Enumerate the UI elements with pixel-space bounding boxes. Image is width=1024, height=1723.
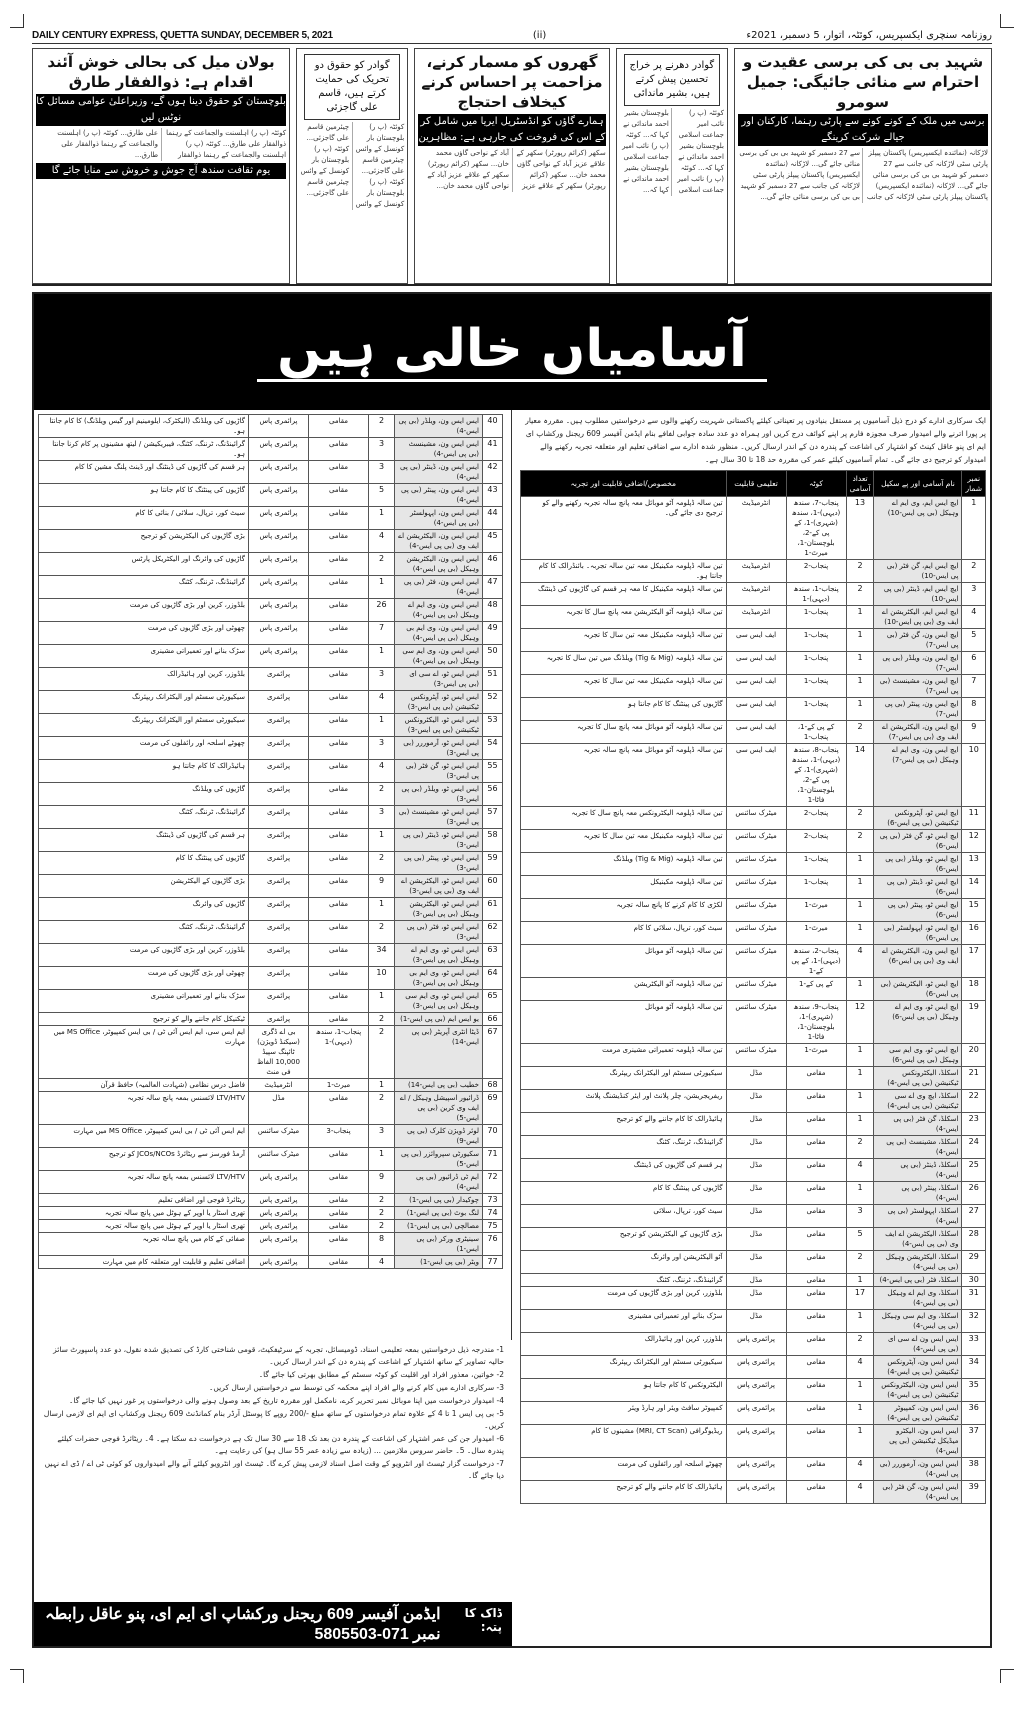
- table-row: 55ایس ایس ٹو، گن فٹر (بی پی ایس-3)4مقامی…: [39, 760, 503, 783]
- table-row: 64ایس ایس ٹو، وی ایم بی وہیکل (بی پی ایس…: [39, 967, 503, 990]
- table-row: 61ایس ایس ٹو، الیکٹریشن وہیکل (بی پی ایس…: [39, 898, 503, 921]
- cell-quota: مقامی: [309, 1148, 369, 1171]
- cell-exp: الیکٹرونکس کا کام جانتا ہو: [521, 1379, 727, 1402]
- cell-edu: میٹرک سائنس: [249, 1148, 309, 1171]
- cell-post: ایس ایس ٹو، فٹر (بی پی ایس-3): [395, 921, 483, 944]
- table-row: 62ایس ایس ٹو، فٹر (بی پی ایس-3)2مقامیپرا…: [39, 921, 503, 944]
- table-row: 30اسکلڈ، فٹر (بی پی ایس-4)1مقامیمڈلگرائی…: [521, 1274, 986, 1287]
- cell-exp: سڑک بنانے اور تعمیراتی مشینری: [521, 1310, 727, 1333]
- cell-post: ایس ایس ٹو، الیکٹریشن اے ایف وی (بی پی ا…: [395, 875, 483, 898]
- cell-quota: مقامی: [309, 1256, 369, 1269]
- cell-edu: پرائمری پاس: [249, 461, 309, 484]
- cell-quota: مقامی: [786, 1274, 846, 1287]
- cell-cnt: 1: [369, 829, 395, 852]
- masthead-date-ur: روزنامہ سنچری ایکسپریس، کوئٹہ، اتوار، 5 …: [746, 30, 992, 43]
- cell-post: ایس ایس ون، آپٹرونکس ٹیکنیشن (بی پی ایس-…: [874, 1356, 962, 1379]
- table-row: 68خطیب (بی پی ایس-14)1میرٹ-1انٹرمیڈیٹفاض…: [39, 1079, 503, 1092]
- cell-edu: پرائمری پاس: [249, 484, 309, 507]
- cell-exp: گرائینڈنگ، ٹرننگ، کٹنگ: [521, 1136, 727, 1159]
- cell-no: 19: [962, 1001, 986, 1044]
- table-row: 76سینیٹری ورکر (بی پی ایس-1)8مقامیپرائمر…: [39, 1233, 503, 1256]
- cell-cnt: 5: [846, 1228, 874, 1251]
- table-row: 29اسکلڈ، الیکٹریشن وہیکل (بی پی ایس-4)2م…: [521, 1251, 986, 1274]
- cell-cnt: 2: [369, 1194, 395, 1207]
- cell-post: اسکلڈ، ایچ وی اے سی ٹیکنیشن (بی پی ایس-4…: [874, 1090, 962, 1113]
- table-row: 41ایس ایس ون، مشینسٹ (بی پی ایس-4)3مقامی…: [39, 438, 503, 461]
- table-row: 77ویٹر (بی پی ایس-1)4مقامیپرائمری پاساضا…: [39, 1256, 503, 1269]
- news-story: بولان میل کی بحالی خوش آئند اقدام ہے: ذو…: [32, 48, 290, 284]
- cell-cnt: 26: [369, 599, 395, 622]
- cell-exp: بڑی گاڑیوں کے الیکٹریشن: [39, 875, 249, 898]
- cell-post: ایس ایس ٹو، پینٹر (بی پی ایس-3): [395, 852, 483, 875]
- cell-exp: تین سالہ ڈپلومہ آٹو الیکٹریشن: [521, 978, 727, 1001]
- cell-no: 24: [962, 1136, 986, 1159]
- cell-post: ایس ایس ٹو، آرموررر (بی پی ایس-3): [395, 737, 483, 760]
- table-row: 34ایس ایس ون، آپٹرونکس ٹیکنیشن (بی پی ای…: [521, 1356, 986, 1379]
- cell-exp: تھری اسٹار یا اوپر کے ہوٹل میں پانچ سالہ…: [39, 1207, 249, 1220]
- cell-post: ایس ایس ٹو، اے سی ای (بی پی ایس-3): [395, 668, 483, 691]
- table-row: 39ایس ایس ون، گن فٹر (بی پی ایس-4)4مقامی…: [521, 1481, 986, 1504]
- table-row: 66یو ایس ایم (بی پی ایس-1)2مقامیپرائمریٹ…: [39, 1013, 503, 1026]
- cell-post: ایچ ایس ٹو، ڈینٹر (بی پی ایس-6): [874, 876, 962, 899]
- cell-exp: تین سالہ ڈپلومہ آٹو موبائل معہ پانچ سالہ…: [521, 744, 727, 807]
- cell-no: 33: [962, 1333, 986, 1356]
- cell-cnt: 2: [369, 921, 395, 944]
- cell-cnt: 4: [846, 1356, 874, 1379]
- cell-post: ایچ ایس ون، مشینسٹ (بی پی ایس-7): [874, 675, 962, 698]
- cell-no: 74: [483, 1207, 503, 1220]
- cell-post: ایچ ایس ایم، وی ایم اے وہیکل (بی پی ایس-…: [874, 497, 962, 560]
- story-subheadline: بلوچستان کو حقوق دینا ہوں گے، وزیراعلیٰ …: [36, 94, 286, 126]
- cell-exp: سیٹ کور، ترپال، سلائی کا کام: [521, 922, 727, 945]
- story-body: کوئٹہ (پ ر) اہلسنت والجماعت کے رہنما ذوا…: [36, 128, 286, 161]
- cell-cnt: 1: [846, 1067, 874, 1090]
- cell-post: ایس ایس ٹو، ویلڈر (بی پی ایس-3): [395, 783, 483, 806]
- cell-cnt: 3: [369, 438, 395, 461]
- cell-edu: پرائمری پاس: [726, 1425, 786, 1458]
- story-body-text: کوئٹہ (پ ر) نائب امیر جماعت اسلامی بلوچس…: [678, 109, 724, 172]
- cell-exp: ہر قسم کی گاڑیوں کی ڈینٹنگ: [39, 829, 249, 852]
- cell-post: ایچ ایس ٹو، پینٹر (بی پی ایس-6): [874, 899, 962, 922]
- crop-mark: [10, 14, 24, 28]
- cell-post: ایس ایس ون، ویلڈر (بی پی ایس-4): [395, 415, 483, 438]
- cell-post: ڈرائیور اسپیشل وہیکل / اے ایف وی کرین (ب…: [395, 1092, 483, 1125]
- cell-cnt: 1: [846, 606, 874, 629]
- cell-edu: میٹرک سائنس: [726, 830, 786, 853]
- cell-quota: مقامی: [309, 875, 369, 898]
- cell-quota: مقامی: [309, 576, 369, 599]
- cell-post: اسکلڈ، مشینسٹ (بی پی ایس-4): [874, 1136, 962, 1159]
- cell-quota: مقامی: [309, 783, 369, 806]
- note-item: 6- امیدوار جن کی عمر اشتہار کی اشاعت کے …: [42, 1433, 504, 1457]
- cell-post: سینیٹری ورکر (بی پی ایس-1): [395, 1233, 483, 1256]
- cell-no: 9: [962, 721, 986, 744]
- cell-no: 64: [483, 967, 503, 990]
- cell-exp: چھوٹی اور بڑی گاڑیوں کی مرمت: [39, 967, 249, 990]
- story-headline: بولان میل کی بحالی خوش آئند اقدام ہے: ذو…: [36, 52, 286, 92]
- cell-edu: ایف ایس سی: [726, 675, 786, 698]
- cell-cnt: 12: [846, 1001, 874, 1044]
- cell-edu: مڈل: [249, 1092, 309, 1125]
- cell-exp: سڑک بنانے اور تعمیراتی مشینری: [39, 990, 249, 1013]
- cell-edu: پرائمری: [249, 875, 309, 898]
- cell-no: 14: [962, 876, 986, 899]
- cell-exp: سیکیورٹی سسٹم اور الیکٹرانک ریپئرنگ: [521, 1356, 727, 1379]
- cell-exp: آرمڈ فورسز سے ریٹائرڈ JCOs/NCOs کو ترجیح: [39, 1148, 249, 1171]
- cell-post: ایچ ایس ٹو، اپہولسٹر (بی پی ایس-6): [874, 922, 962, 945]
- cell-edu: پرائمری پاس: [726, 1481, 786, 1504]
- cell-exp: چھوٹے اسلحہ اور رائفلوں کی مرمت: [521, 1458, 727, 1481]
- cell-exp: گرائینڈنگ، ٹرننگ، کٹنگ: [521, 1274, 727, 1287]
- note-item: 5- بی پی ایس 1 تا 4 کے علاوہ تمام درخواس…: [42, 1408, 504, 1432]
- cell-no: 48: [483, 599, 503, 622]
- cell-quota: پنجاب-1: [786, 606, 846, 629]
- cell-post: اسکلڈ، الیکٹرونکس ٹیکنیشن (بی پی ایس-4): [874, 1067, 962, 1090]
- cell-exp: آٹو الیکٹریشن اور وائرنگ: [521, 1251, 727, 1274]
- table-row: 40ایس ایس ون، ویلڈر (بی پی ایس-4)2مقامیپ…: [39, 415, 503, 438]
- cell-no: 17: [962, 945, 986, 978]
- cell-quota: مقامی: [309, 714, 369, 737]
- cell-post: ایس ایس ون، الیکٹرو میڈیکل ٹیکنیشن (بی پ…: [874, 1425, 962, 1458]
- cell-no: 3: [962, 583, 986, 606]
- cell-quota: مقامی: [309, 921, 369, 944]
- cell-cnt: 2: [846, 1333, 874, 1356]
- cell-cnt: 4: [846, 1481, 874, 1504]
- cell-edu: پرائمری: [249, 829, 309, 852]
- table-row: 2ایچ ایس ایم، گن فٹر (بی پی ایس-10)2پنجا…: [521, 560, 986, 583]
- cell-no: 49: [483, 622, 503, 645]
- cell-edu: انٹرمیڈیٹ: [249, 1079, 309, 1092]
- cell-exp: تین سالہ ڈپلومہ آٹو الیکٹریشن معہ پانچ س…: [521, 606, 727, 629]
- story-headline: گوادر کو حقوق دو تحریک کی حمایت کرتے ہیں…: [304, 54, 400, 120]
- table-row: 20ایچ ایس ٹو، وی ایم سی وہیکل (بی پی ایس…: [521, 1044, 986, 1067]
- note-item: 2- خواتین، معذور افراد اور اقلیت کو کوٹہ…: [42, 1369, 504, 1381]
- column-header: تعلیمی قابلیت: [726, 471, 786, 497]
- cell-edu: پرائمری پاس: [249, 1256, 309, 1269]
- cell-cnt: 1: [846, 876, 874, 899]
- table-row: 19ایچ ایس ٹو، وی ایم اے وہیکل (بی پی ایس…: [521, 1001, 986, 1044]
- cell-exp: تین سالہ ڈپلومہ آٹو موبائل: [521, 945, 727, 978]
- story-body-text: کوئٹہ (پ ر) نائب امیر جماعت اسلامی بلوچس…: [622, 131, 669, 194]
- story-body: سکھر (کرائم رپورٹر) سکھر کے علاقے عزیز آ…: [418, 148, 606, 192]
- table-row: 45ایس ایس ون، الیکٹریشن اے ایف وی (بی پی…: [39, 530, 503, 553]
- cell-exp: تین سالہ ڈپلومہ مکینیکل معہ تین سال کا ت…: [521, 675, 727, 698]
- cell-no: 77: [483, 1256, 503, 1269]
- cell-cnt: 1: [369, 714, 395, 737]
- news-story: شہید بی بی کی برسی عقیدت و احترام سے منا…: [734, 48, 992, 284]
- cell-edu: میٹرک سائنس: [726, 978, 786, 1001]
- cell-exp: گاڑیوں کی پینٹنگ کا کام جانتا ہو: [39, 484, 249, 507]
- story-subheadline: برسی میں ملک کے کونے کونے سے پارٹی رہنما…: [738, 114, 988, 146]
- table-row: 49ایس ایس ون، وی ایم بی وہیکل (بی پی ایس…: [39, 622, 503, 645]
- cell-edu: مڈل: [726, 1113, 786, 1136]
- cell-edu: میٹرک سائنس: [726, 1044, 786, 1067]
- cell-quota: پنجاب-2: [786, 807, 846, 830]
- notes-list: 1- مندرجہ ذیل درخواستیں بمعہ تعلیمی اسنا…: [34, 1340, 512, 1487]
- crop-mark: [1000, 14, 1014, 28]
- cell-post: اسکلڈ، پینٹر (بی پی ایس-4): [874, 1182, 962, 1205]
- cell-cnt: 2: [846, 560, 874, 583]
- table-row: 51ایس ایس ٹو، اے سی ای (بی پی ایس-3)3مقا…: [39, 668, 503, 691]
- cell-exp: سڑک بنانے اور تعمیراتی مشینری: [39, 645, 249, 668]
- cell-quota: مقامی: [309, 691, 369, 714]
- table-row: 27اسکلڈ، اپہولسٹر (بی پی ایس-4)3مقامیمڈل…: [521, 1205, 986, 1228]
- cell-edu: انٹرمیڈیٹ: [726, 606, 786, 629]
- cell-edu: پرائمری پاس: [249, 622, 309, 645]
- cell-no: 22: [962, 1090, 986, 1113]
- cell-post: اسکلڈ، وی ایم سی وہیکل (بی پی ایس-4): [874, 1310, 962, 1333]
- cell-edu: پرائمری پاس: [249, 415, 309, 438]
- cell-no: 76: [483, 1233, 503, 1256]
- cell-quota: مقامی: [309, 1092, 369, 1125]
- table-row: 52ایس ایس ٹو، آپٹرونکس ٹیکنیشن (بی پی ای…: [39, 691, 503, 714]
- cell-no: 63: [483, 944, 503, 967]
- cell-cnt: 3: [369, 806, 395, 829]
- cell-post: ایس ایس ٹو، مشینسٹ (بی پی ایس-3): [395, 806, 483, 829]
- cell-post: ایس ایس ون، پینٹر (بی پی ایس-4): [395, 484, 483, 507]
- cell-exp: ایم ایس سی، ایم ایس آئی ٹی / بی ایس کمپی…: [39, 1026, 249, 1079]
- cell-post: ایس ایس ون، ڈینٹر (بی پی ایس-4): [395, 461, 483, 484]
- cell-post: ایس ایس ون، کمپیوٹر ٹیکنیشن (بی پی ایس-4…: [874, 1402, 962, 1425]
- cell-quota: مقامی: [309, 944, 369, 967]
- cell-post: ایس ایس ٹو، گن فٹر (بی پی ایس-3): [395, 760, 483, 783]
- cell-quota: پنجاب-2: [786, 830, 846, 853]
- cell-no: 29: [962, 1251, 986, 1274]
- cell-cnt: 2: [846, 583, 874, 606]
- cell-quota: مقامی: [309, 668, 369, 691]
- story-body-text: کوئٹہ (پ ر) بلوچستان بار کونسل کے وائس چ…: [301, 145, 350, 197]
- cell-quota: مقامی: [786, 1136, 846, 1159]
- cell-exp: ہر قسم کی گاڑیوں کی ڈینٹنگ: [521, 1159, 727, 1182]
- cell-edu: پرائمری: [249, 783, 309, 806]
- cell-cnt: 1: [846, 1090, 874, 1113]
- cell-cnt: 1: [846, 1113, 874, 1136]
- cell-edu: مڈل: [726, 1067, 786, 1090]
- cell-exp: بلڈوزر، کرین اور بڑی گاڑیوں کی مرمت: [521, 1287, 727, 1310]
- cell-exp: بلڈوزر، کرین اور بڑی گاڑیوں کی مرمت: [39, 944, 249, 967]
- column-header: تعداد آسامی: [846, 471, 874, 497]
- cell-cnt: 3: [846, 1205, 874, 1228]
- cell-edu: میٹرک سائنس: [726, 807, 786, 830]
- cell-cnt: 2: [369, 415, 395, 438]
- cell-quota: مقامی: [786, 1310, 846, 1333]
- cell-no: 1: [962, 497, 986, 560]
- cell-cnt: 3: [369, 668, 395, 691]
- cell-edu: میٹرک سائنس: [726, 876, 786, 899]
- cell-cnt: 2: [369, 1013, 395, 1026]
- table-row: 26اسکلڈ، پینٹر (بی پی ایس-4)1مقامیمڈلگاڑ…: [521, 1182, 986, 1205]
- table-row: 42ایس ایس ون، ڈینٹر (بی پی ایس-4)3مقامیپ…: [39, 461, 503, 484]
- cell-quota: پنجاب-1: [786, 876, 846, 899]
- cell-no: 6: [962, 652, 986, 675]
- cell-exp: گاڑیوں کی پینٹنگ کا کام جانتا ہو: [521, 698, 727, 721]
- cell-no: 8: [962, 698, 986, 721]
- table-row: 65ایس ایس ٹو، وی ایم سی وہیکل (بی پی ایس…: [39, 990, 503, 1013]
- cell-post: ایم ٹی ڈرائیور (بی پی ایس-4): [395, 1171, 483, 1194]
- cell-quota: مقامی: [309, 530, 369, 553]
- cell-no: 61: [483, 898, 503, 921]
- cell-quota: مقامی: [309, 599, 369, 622]
- table-row: 46ایس ایس ون، الیکٹریشن وہیکل (بی پی ایس…: [39, 553, 503, 576]
- cell-quota: پنجاب-1: [786, 853, 846, 876]
- cell-cnt: 2: [846, 807, 874, 830]
- cell-no: 4: [962, 606, 986, 629]
- cell-post: چوکیدار (بی پی ایس-1): [395, 1194, 483, 1207]
- cell-cnt: 1: [846, 1425, 874, 1458]
- table-row: 16ایچ ایس ٹو، اپہولسٹر (بی پی ایس-6)1میر…: [521, 922, 986, 945]
- cell-post: اسکلڈ، ڈینٹر (بی پی ایس-4): [874, 1159, 962, 1182]
- cell-exp: گرائینڈنگ، ٹرننگ، کٹنگ، فیبریکیشن / لیتھ…: [39, 438, 249, 461]
- cell-cnt: 14: [846, 744, 874, 807]
- cell-exp: تین سالہ ڈپلومہ مکینیکل: [521, 876, 727, 899]
- cell-exp: تین سالہ ڈپلومہ مکینیکل معہ تین سالہ تجر…: [521, 560, 727, 583]
- cell-exp: گاڑیوں کی پینٹنگ کا کام: [39, 852, 249, 875]
- cell-quota: مقامی: [309, 760, 369, 783]
- cell-exp: بلڈوزر، کرین اور ہائیڈرالک: [521, 1333, 727, 1356]
- table-row: 32اسکلڈ، وی ایم سی وہیکل (بی پی ایس-4)1م…: [521, 1310, 986, 1333]
- cell-exp: فاضل درس نظامی (شہادت العالمیہ) حافظ قرآ…: [39, 1079, 249, 1092]
- cell-edu: ایف ایس سی: [726, 629, 786, 652]
- cell-post: ڈیٹا انٹری آپریٹر (بی پی ایس-14): [395, 1026, 483, 1079]
- cell-cnt: 2: [369, 553, 395, 576]
- cell-cnt: 1: [846, 698, 874, 721]
- cell-no: 46: [483, 553, 503, 576]
- table-row: 23اسکلڈ، گن فٹر (بی پی ایس-4)1مقامیمڈلہا…: [521, 1113, 986, 1136]
- cell-post: ایس ایس ون، الیکٹریشن وہیکل (بی پی ایس-4…: [395, 553, 483, 576]
- cell-cnt: 1: [846, 1310, 874, 1333]
- table-row: 9ایچ ایس ون، الیکٹریشن اے ایف وی (بی پی …: [521, 721, 986, 744]
- cell-quota: مقامی: [309, 438, 369, 461]
- cell-cnt: 4: [846, 945, 874, 978]
- crop-mark: [1000, 1669, 1014, 1683]
- cell-no: 38: [962, 1458, 986, 1481]
- cell-cnt: 2: [369, 1207, 395, 1220]
- cell-post: ایس ایس ون، مشینسٹ (بی پی ایس-4): [395, 438, 483, 461]
- cell-quota: مقامی: [786, 1228, 846, 1251]
- cell-quota: مقامی: [309, 806, 369, 829]
- cell-edu: مڈل: [726, 1287, 786, 1310]
- note-item: 1- مندرجہ ذیل درخواستیں بمعہ تعلیمی اسنا…: [42, 1344, 504, 1368]
- cell-post: ایس ایس ٹو، آپٹرونکس ٹیکنیشن (بی پی ایس-…: [395, 691, 483, 714]
- cell-post: اسکلڈ، فٹر (بی پی ایس-4): [874, 1274, 962, 1287]
- cell-cnt: 1: [369, 576, 395, 599]
- cell-cnt: 7: [369, 622, 395, 645]
- cell-no: 71: [483, 1148, 503, 1171]
- cell-post: ایچ ایس ٹو، آپٹرونکس ٹیکنیشن (بی پی ایس-…: [874, 807, 962, 830]
- cell-post: یو ایس ایم (بی پی ایس-1): [395, 1013, 483, 1026]
- cell-edu: میٹرک سائنس: [726, 899, 786, 922]
- cell-post: ایچ ایس ون، پینٹر (بی پی ایس-7): [874, 698, 962, 721]
- cell-quota: کے پی کے-1: [786, 978, 846, 1001]
- cell-exp: ریڈیوگرافی (MRI, CT Scan) مشینوں کا کام: [521, 1425, 727, 1458]
- cell-quota: پنجاب-1، سندھ (دیہی)-1: [786, 583, 846, 606]
- cell-edu: پرائمری پاس: [726, 1458, 786, 1481]
- table-row: 4ایچ ایس ایم، الیکٹریشن اے ایف وی (بی پی…: [521, 606, 986, 629]
- cell-quota: مقامی: [309, 829, 369, 852]
- cell-cnt: 3: [369, 1125, 395, 1148]
- masthead-date-en: DAILY CENTURY EXPRESS, QUETTA SUNDAY, DE…: [32, 30, 333, 43]
- cell-post: ایس ایس ون، اپہولسٹر (بی پی ایس-4): [395, 507, 483, 530]
- story-subheadline: ہمارے گاؤں کو انڈسٹریل ایریا میں شامل کر…: [418, 114, 606, 146]
- cell-no: 11: [962, 807, 986, 830]
- cell-quota: مقامی: [786, 1205, 846, 1228]
- table-row: 12ایچ ایس ٹو، گن فٹر (بی پی ایس-6)2پنجاب…: [521, 830, 986, 853]
- table-row: 35ایس ایس ون، الیکٹرونکس ٹیکنیشن (بی پی …: [521, 1379, 986, 1402]
- cell-cnt: 1: [846, 922, 874, 945]
- cell-edu: پرائمری پاس: [249, 576, 309, 599]
- news-story: گوادر کو حقوق دو تحریک کی حمایت کرتے ہیں…: [296, 48, 408, 284]
- cell-edu: پرائمری: [249, 921, 309, 944]
- jobs-table-left: 40ایس ایس ون، ویلڈر (بی پی ایس-4)2مقامیپ…: [38, 414, 503, 1269]
- cell-edu: میٹرک سائنس: [249, 1125, 309, 1148]
- cell-edu: ایف ایس سی: [726, 652, 786, 675]
- cell-cnt: 2: [369, 1220, 395, 1233]
- table-row: 63ایس ایس ٹو، وی ایم اے وہیکل (بی پی ایس…: [39, 944, 503, 967]
- cell-no: 34: [962, 1356, 986, 1379]
- cell-cnt: 9: [369, 875, 395, 898]
- cell-cnt: 1: [369, 990, 395, 1013]
- cell-exp: گرائینڈنگ، ٹرننگ، کٹنگ: [39, 921, 249, 944]
- cell-post: لوئر ڈویژن کلرک (بی پی ایس-9): [395, 1125, 483, 1148]
- cell-cnt: 1: [846, 652, 874, 675]
- table-row: 6ایچ ایس ون، ویلڈر (بی پی ایس-7)1پنجاب-1…: [521, 652, 986, 675]
- note-item: 7- درخواست گزار ٹیسٹ اور انٹرویو کے وقت …: [42, 1458, 504, 1482]
- cell-quota: پنجاب-9، سندھ (شہری)-1، بلوچستان-1، فاٹا…: [786, 1001, 846, 1044]
- cell-exp: LTV/HTV لائسنس بمعہ پانچ سالہ تجربہ: [39, 1092, 249, 1125]
- cell-quota: میرٹ-1: [786, 922, 846, 945]
- table-row: 54ایس ایس ٹو، آرموررر (بی پی ایس-3)3مقام…: [39, 737, 503, 760]
- cell-quota: پنجاب-1، سندھ (دیہی)-1: [309, 1026, 369, 1079]
- cell-post: ایس ایس ون، الیکٹریشن اے ایف وی (بی پی ا…: [395, 530, 483, 553]
- table-row: 73چوکیدار (بی پی ایس-1)2مقامیپرائمری پاس…: [39, 1194, 503, 1207]
- table-row: 75مصالچی (بی پی ایس-1)2مقامیپرائمری پاست…: [39, 1220, 503, 1233]
- cell-post: ایس ایس ٹو، وی ایم سی وہیکل (بی پی ایس-3…: [395, 990, 483, 1013]
- job-advertisement: آسامیاں خالی ہیں ایک سرکاری ادارے کو درج…: [32, 292, 992, 1648]
- cell-exp: سیکیورٹی سسٹم اور الیکٹرانک ریپئرنگ: [521, 1067, 727, 1090]
- cell-exp: سیکیورٹی سسٹم اور الیکٹرانک ریپئرنگ: [39, 714, 249, 737]
- cell-post: ایچ ایس ایم، الیکٹریشن اے ایف وی (بی پی …: [874, 606, 962, 629]
- cell-post: ایس ایس ون، الیکٹرونکس ٹیکنیشن (بی پی ای…: [874, 1379, 962, 1402]
- cell-quota: مقامی: [309, 1013, 369, 1026]
- cell-cnt: 4: [369, 760, 395, 783]
- cell-exp: ٹیکنیکل کام جاننے والے کو ترجیح: [39, 1013, 249, 1026]
- cell-post: ایچ ایس ٹو، وی ایم اے وہیکل (بی پی ایس-6…: [874, 1001, 962, 1044]
- cell-edu: مڈل: [726, 1310, 786, 1333]
- cell-cnt: 4: [369, 530, 395, 553]
- story-body-text: کوئٹہ (پ ر) اہلسنت والجماعت کے رہنما ذوا…: [166, 129, 286, 148]
- cell-exp: بڑی گاڑیوں کی الیکٹریشن کو ترجیح: [39, 530, 249, 553]
- cell-post: ایچ ایس ٹو، وی ایم سی وہیکل (بی پی ایس-6…: [874, 1044, 962, 1067]
- cell-quota: مقامی: [786, 1458, 846, 1481]
- cell-edu: مڈل: [726, 1090, 786, 1113]
- cell-edu: پرائمری: [249, 852, 309, 875]
- table-row: 3ایچ ایس ایم، ڈینٹر (بی پی ایس-10)2پنجاب…: [521, 583, 986, 606]
- cell-quota: مقامی: [309, 967, 369, 990]
- cell-post: اسکلڈ، وی ایم اے وہیکل (بی پی ایس-4): [874, 1287, 962, 1310]
- story-body-text: کوئٹہ (پ ر) بلوچستان بار کونسل کے وائس چ…: [356, 123, 405, 175]
- cell-exp: گاڑیوں کی ویلڈنگ (الیکٹرک، ایلومینیم اور…: [39, 415, 249, 438]
- cell-post: ایس ایس ون، آرموررر (بی پی ایس-4): [874, 1458, 962, 1481]
- cell-no: 36: [962, 1402, 986, 1425]
- cell-edu: ایف ایس سی: [726, 698, 786, 721]
- cell-quota: مقامی: [309, 645, 369, 668]
- table-row: 44ایس ایس ون، اپہولسٹر (بی پی ایس-4)1مقا…: [39, 507, 503, 530]
- postal-address-bar: ڈاک کا پتہ: ایڈمن آفیسر 609 ریجنل ورکشاپ…: [34, 1602, 512, 1646]
- table-row: 36ایس ایس ون، کمپیوٹر ٹیکنیشن (بی پی ایس…: [521, 1402, 986, 1425]
- cell-edu: پرائمری پاس: [726, 1379, 786, 1402]
- table-row: 5ایچ ایس ون، گن فٹر (بی پی ایس-7)1پنجاب-…: [521, 629, 986, 652]
- column-header: نام آسامی اور پے سکیل: [874, 471, 962, 497]
